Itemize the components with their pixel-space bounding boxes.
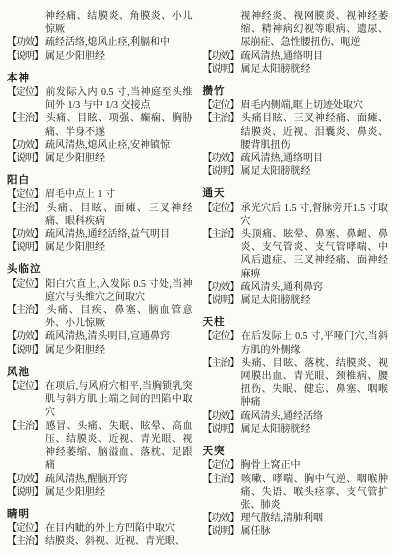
field-text: 属足太阳膀胱经 [241,424,311,435]
entry-field: 【说明】属足少阳胆经 [7,344,193,357]
field-label: 【主治】 [7,112,45,125]
acupoint-name: 天柱 [203,316,389,329]
text-column-right: 视神经炎、视网膜炎、视神经萎缩、精神病幻视等眼病、遗尿、尿崩症、急性腰扭伤、呃逆… [203,10,389,554]
field-label: 【功效】 [7,139,45,152]
field-label: 【主治】 [7,420,45,433]
field-text: 疏风清头,通利鼻窍 [241,282,324,293]
field-text: 属足少阳胆经 [45,51,105,62]
field-label: 【说明】 [7,152,45,165]
field-text: 承光穴后 1.5 寸,督脉旁开1.5 寸取穴 [241,203,389,227]
acupoint-entry: 攒竹【定位】眉毛内侧端,眶上切迹处取穴【主治】头痛目眩、三叉神经痛、面瘫、结膜炎… [203,85,389,178]
field-label: 【功效】 [7,36,45,49]
field-text: 头痛、目疾、鼻塞、脑血管意外、小儿惊厥 [45,305,193,329]
field-text: 头痛、目眩、落枕、结膜炎、视网膜出血、青光眼、颈椎病、腰扭伤、失眠、健忘、鼻塞、… [241,358,389,409]
entry-field: 【功效】疏风清热,醒脑开窍 [7,473,193,486]
acupoint-entry: 天柱【定位】在后发际上 0.5 寸,平哑门穴,当斜方肌的外侧缘【主治】头痛、目眩… [203,316,389,436]
acupoint-name: 本神 [7,72,193,85]
field-label: 【功效】 [203,281,241,294]
field-label: 【说明】 [7,50,45,63]
acupoint-entry: 阳白【定位】眉毛中点上 1 寸【主治】头痛、目眩、面瘫、三叉神经痛、眼科疾病【功… [7,174,193,254]
entry-field: 【功效】疏风清头,通经活络 [203,410,389,423]
field-text: 属足太阳膀胱经 [241,166,311,177]
entry-field: 【功效】疏风清头,通利鼻窍 [203,281,389,294]
field-label: 【功效】 [203,410,241,423]
entry-field: 【定位】眉毛中点上 1 寸 [7,188,193,201]
entry-field: 【说明】属足太阳膀胱经 [203,294,389,307]
field-label: 【说明】 [203,63,241,76]
acupoint-name: 通天 [203,187,389,200]
field-text: 胸骨上窝正中 [241,460,301,471]
entry-field: 【主治】头痛、目眩、面瘫、三叉神经痛、眼科疾病 [7,202,193,228]
field-label: 【主治】 [203,228,241,241]
entry-field: 【说明】属足少阳胆经 [7,50,193,63]
field-text: 眉毛中点上 1 寸 [45,189,115,200]
entry-field: 【主治】结膜炎、斜视、近视、青光眼、 [7,535,193,548]
acupoint-name: 天突 [203,445,389,458]
acupoint-entry: 头临泣【定位】阳白穴直上,入发际 0.5 寸处,当神庭穴与头维穴之间取穴【主治】… [7,263,193,356]
field-label: 【定位】 [203,202,241,215]
field-label: 【主治】 [203,473,241,486]
field-label: 【功效】 [203,152,241,165]
field-text: 在项后,与风府穴相平,当胸锁乳突肌与斜方肌上端之间的凹陷中取穴 [45,381,193,418]
field-text: 疏经活络,熄风止痉,利膈和中 [45,37,170,48]
field-text: 疏风清热,通经活络,益气明目 [45,229,170,240]
entry-field: 【定位】在项后,与风府穴相平,当胸锁乳突肌与斜方肌上端之间的凹陷中取穴 [7,380,193,420]
acupoint-entry: 神经痛、结膜炎、角膜炎、小儿惊厥【功效】疏经活络,熄风止痉,利膈和中【说明】属足… [7,10,193,63]
field-label: 【功效】 [7,473,45,486]
entry-field: 【主治】头痛、目眩、项强、癫痫、胸胁痛、半身不遂 [7,112,193,138]
field-label: 【说明】 [203,525,241,538]
field-text: 疏风清热,通络明目 [241,153,324,164]
field-label: 【主治】 [7,535,45,548]
field-label: 【定位】 [7,188,45,201]
field-label: 【定位】 [203,330,241,343]
entry-field: 【功效】疏风清热,通络明目 [203,152,389,165]
field-label: 【主治】 [7,304,45,317]
field-label: 【定位】 [7,380,45,393]
acupoint-name: 攒竹 [203,85,389,98]
field-label: 【主治】 [7,202,45,215]
document-page: 神经痛、结膜炎、角膜炎、小儿惊厥【功效】疏经活络,熄风止痉,利膈和中【说明】属足… [0,0,393,554]
field-label: 【说明】 [7,241,45,254]
entry-field: 【主治】头痛、目疾、鼻塞、脑血管意外、小儿惊厥 [7,304,193,330]
acupoint-entry: 风池【定位】在项后,与风府穴相平,当胸锁乳突肌与斜方肌上端之间的凹陷中取穴【主治… [7,366,193,499]
field-text: 疏风清头,通经活络 [241,411,324,422]
acupoint-name: 风池 [7,366,193,379]
field-text: 疏风清热,清头明目,宣通鼻窍 [45,331,170,342]
entry-field: 【主治】头痛、目眩、落枕、结膜炎、视网膜出血、青光眼、颈椎病、腰扭伤、失眠、健忘… [203,357,389,410]
field-text: 属足少阳胆经 [45,242,105,253]
field-text: 咳嗽、哮喘、胸中气逆、咽喉肿痛、失语、喉头痉挛、支气管扩张、肺炎 [241,474,389,511]
entry-field: 【说明】属任脉 [203,525,389,538]
text-column-left: 神经痛、结膜炎、角膜炎、小儿惊厥【功效】疏经活络,熄风止痉,利膈和中【说明】属足… [7,10,193,554]
entry-field: 【定位】前发际入内 0.5 寸,当神庭至头维间外 1/3 与中 1/3 交接点 [7,86,193,112]
field-label: 【说明】 [203,165,241,178]
acupoint-name: 阳白 [7,174,193,187]
field-text: 头顶痛、眩晕、鼻塞、鼻衄、鼻炎、支气管炎、支气管哮喘、中风后遗症、三叉神经痛、面… [241,229,389,280]
continuation-text: 视神经炎、视网膜炎、视神经萎缩、精神病幻视等眼病、遗尿、尿崩症、急性腰扭伤、呃逆 [203,10,389,50]
field-label: 【说明】 [7,344,45,357]
field-text: 前发际入内 0.5 寸,当神庭至头维间外 1/3 与中 1/3 交接点 [45,87,193,111]
field-text: 眉毛内侧端,眶上切迹处取穴 [241,100,364,111]
field-text: 属足太阳膀胱经 [241,295,311,306]
field-label: 【主治】 [203,112,241,125]
entry-field: 【定位】承光穴后 1.5 寸,督脉旁开1.5 寸取穴 [203,202,389,228]
field-text: 阳白穴直上,入发际 0.5 寸处,当神庭穴与头维穴之间取穴 [45,279,193,303]
entry-field: 【功效】理气散结,清肺利咽 [203,512,389,525]
field-text: 在后发际上 0.5 寸,平哑门穴,当斜方肌的外侧缘 [241,331,389,355]
field-text: 疏风清热,醒脑开窍 [45,474,128,485]
entry-field: 【主治】头痛目眩、三叉神经痛、面瘫、结膜炎、近视、泪囊炎、鼻炎、腰背肌扭伤 [203,112,389,152]
field-text: 疏风清热,熄风止痉,安神镇惊 [45,140,170,151]
acupoint-entry: 天突【定位】胸骨上窝正中【主治】咳嗽、哮喘、胸中气逆、咽喉肿痛、失语、喉头痉挛、… [203,445,389,538]
field-label: 【说明】 [203,423,241,436]
field-label: 【说明】 [203,294,241,307]
acupoint-name: 头临泣 [7,263,193,276]
entry-field: 【说明】属足少阳胆经 [7,241,193,254]
field-label: 【功效】 [7,330,45,343]
field-text: 头痛目眩、三叉神经痛、面瘫、结膜炎、近视、泪囊炎、鼻炎、腰背肌扭伤 [241,113,389,150]
entry-field: 【定位】眉毛内侧端,眶上切迹处取穴 [203,99,389,112]
field-label: 【定位】 [7,522,45,535]
acupoint-entry: 睛明【定位】在目内眦的外上方凹陷中取穴【主治】结膜炎、斜视、近视、青光眼、 [7,508,193,549]
field-text: 属足太阳膀胱经 [241,64,311,75]
field-label: 【定位】 [7,86,45,99]
entry-field: 【说明】属足太阳膀胱经 [203,165,389,178]
entry-field: 【功效】疏风清热,通经活络,益气明目 [7,228,193,241]
field-label: 【说明】 [7,486,45,499]
field-text: 感冒、头痛、失眠、眩晕、高血压、结膜炎、近视、青光眼、视神经萎缩、脑溢血、落枕、… [45,421,193,472]
field-text: 属足少阳胆经 [45,487,105,498]
acupoint-entry: 通天【定位】承光穴后 1.5 寸,督脉旁开1.5 寸取穴【主治】头顶痛、眩晕、鼻… [203,187,389,307]
entry-field: 【定位】在后发际上 0.5 寸,平哑门穴,当斜方肌的外侧缘 [203,330,389,356]
field-text: 疏风清热,通络明目 [241,51,324,62]
entry-field: 【主治】感冒、头痛、失眠、眩晕、高血压、结膜炎、近视、青光眼、视神经萎缩、脑溢血… [7,420,193,473]
entry-field: 【功效】疏风清热,通络明目 [203,50,389,63]
entry-field: 【功效】疏经活络,熄风止痉,利膈和中 [7,36,193,49]
field-text: 理气散结,清肺利咽 [241,513,324,524]
field-label: 【定位】 [203,99,241,112]
acupoint-name: 睛明 [7,508,193,521]
continuation-text: 神经痛、结膜炎、角膜炎、小儿惊厥 [7,10,193,36]
field-text: 结膜炎、斜视、近视、青光眼、 [45,536,185,547]
entry-field: 【说明】属足太阳膀胱经 [203,63,389,76]
field-label: 【定位】 [203,459,241,472]
entry-field: 【说明】属足少阳胆经 [7,152,193,165]
field-label: 【定位】 [7,278,45,291]
entry-field: 【主治】头顶痛、眩晕、鼻塞、鼻衄、鼻炎、支气管炎、支气管哮喘、中风后遗症、三叉神… [203,228,389,281]
field-text: 头痛、目眩、面瘫、三叉神经痛、眼科疾病 [45,203,193,227]
entry-field: 【功效】疏风清热,熄风止痉,安神镇惊 [7,139,193,152]
field-text: 头痛、目眩、项强、癫痫、胸胁痛、半身不遂 [45,113,193,137]
acupoint-entry: 本神【定位】前发际入内 0.5 寸,当神庭至头维间外 1/3 与中 1/3 交接… [7,72,193,165]
entry-field: 【定位】在目内眦的外上方凹陷中取穴 [7,522,193,535]
field-text: 属足少阳胆经 [45,153,105,164]
entry-field: 【功效】疏风清热,清头明目,宣通鼻窍 [7,330,193,343]
entry-field: 【定位】阳白穴直上,入发际 0.5 寸处,当神庭穴与头维穴之间取穴 [7,278,193,304]
field-label: 【功效】 [203,512,241,525]
entry-field: 【主治】咳嗽、哮喘、胸中气逆、咽喉肿痛、失语、喉头痉挛、支气管扩张、肺炎 [203,473,389,513]
entry-field: 【定位】胸骨上窝正中 [203,459,389,472]
field-label: 【功效】 [203,50,241,63]
field-text: 属任脉 [241,526,271,537]
field-label: 【功效】 [7,228,45,241]
field-text: 属足少阳胆经 [45,345,105,356]
entry-field: 【说明】属足太阳膀胱经 [203,423,389,436]
acupoint-entry: 视神经炎、视网膜炎、视神经萎缩、精神病幻视等眼病、遗尿、尿崩症、急性腰扭伤、呃逆… [203,10,389,76]
entry-field: 【说明】属足少阳胆经 [7,486,193,499]
field-label: 【主治】 [203,357,241,370]
field-text: 在目内眦的外上方凹陷中取穴 [45,523,175,534]
